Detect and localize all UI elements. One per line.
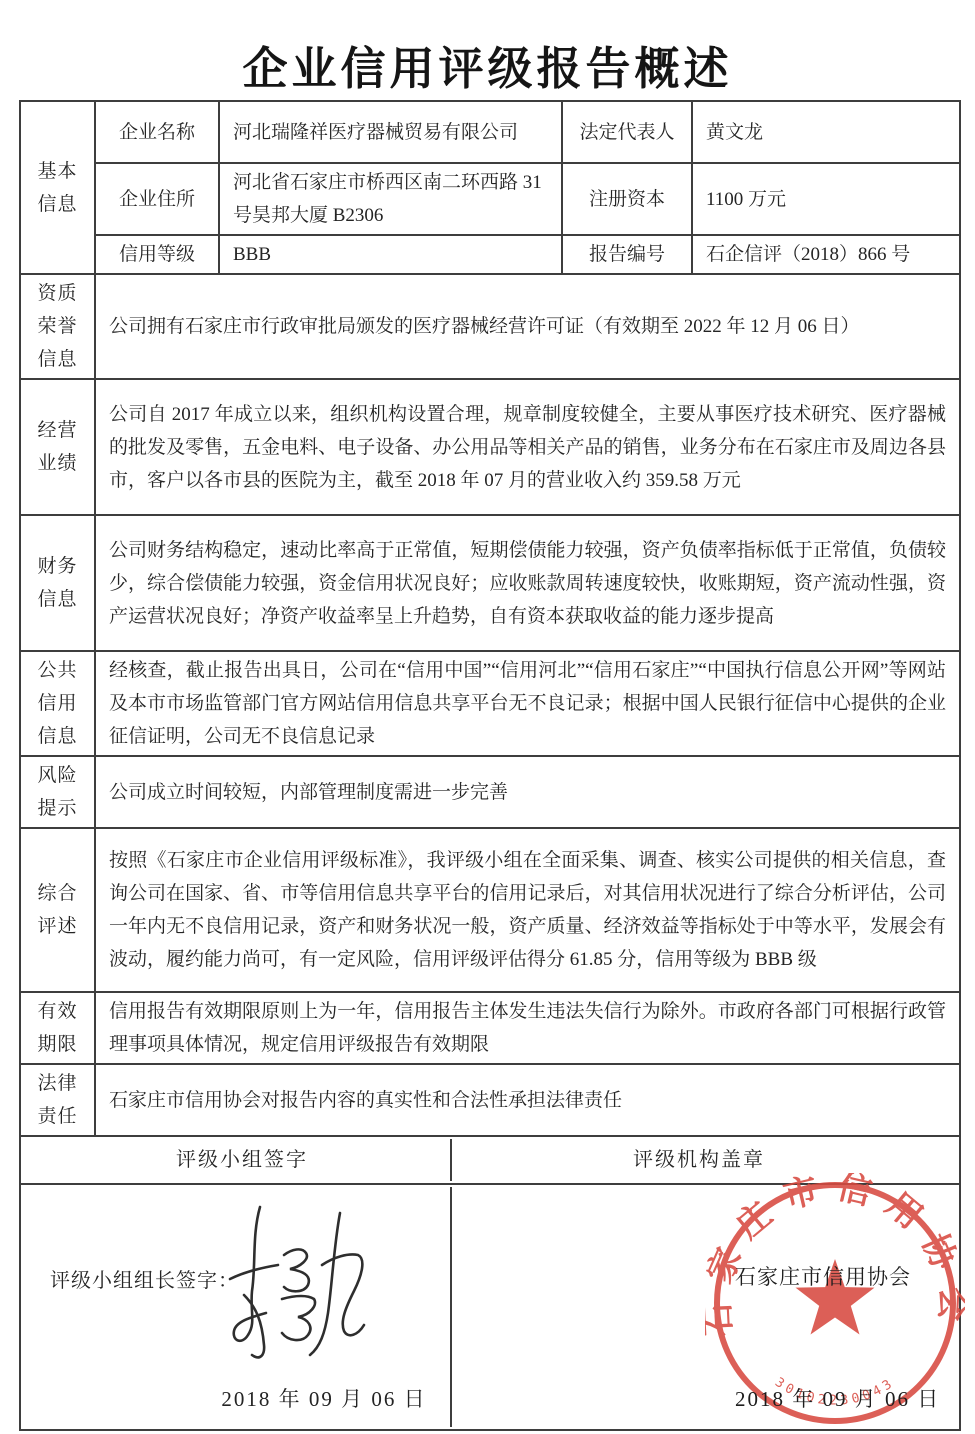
section-content-finance: 公司财务结构稳定，速动比率高于正常值，短期偿债能力较强，资产负债率指标低于正常值…	[95, 515, 960, 651]
table-row: 企业住所 河北省石家庄市桥西区南二环西路 31 号昊邦大厦 B2306 注册资本…	[20, 163, 960, 235]
field-value-address: 河北省石家庄市桥西区南二环西路 31 号昊邦大厦 B2306	[219, 163, 562, 235]
sign-cell-right: 石家庄市信用协会 1301022300430 石家庄市信用协会 2018 年 0…	[452, 1187, 946, 1427]
section-label-finance: 财务信息	[20, 515, 95, 651]
issuing-org-name: 石家庄市信用协会	[735, 1261, 911, 1294]
field-value-credit-grade: BBB	[219, 235, 562, 274]
table-row: 法律责任 石家庄市信用协会对报告内容的真实性和合法性承担法律责任	[20, 1064, 960, 1136]
field-value-registered-capital: 1100 万元	[692, 163, 960, 235]
field-value-company-name: 河北瑞隆祥医疗器械贸易有限公司	[219, 101, 562, 163]
table-row: 基本信息 企业名称 河北瑞隆祥医疗器械贸易有限公司 法定代表人 黄文龙	[20, 101, 960, 163]
field-label-address: 企业住所	[95, 163, 219, 235]
field-label-credit-grade: 信用等级	[95, 235, 219, 274]
section-content-validity: 信用报告有效期限原则上为一年，信用报告主体发生违法失信行为除外。市政府各部门可根…	[95, 992, 960, 1064]
section-content-qualification: 公司拥有石家庄市行政审批局颁发的医疗器械经营许可证（有效期至 2022 年 12…	[95, 274, 960, 379]
table-row: 信用等级 BBB 报告编号 石企信评（2018）866 号	[20, 235, 960, 274]
sign-header-left: 评级小组签字	[34, 1139, 452, 1181]
field-label-company-name: 企业名称	[95, 101, 219, 163]
table-row: 评级小组组长签字： 2018 年 09 月 06 日	[20, 1184, 960, 1430]
field-value-report-number: 石企信评（2018）866 号	[692, 235, 960, 274]
section-label-basic-info: 基本信息	[20, 101, 95, 274]
credit-rating-table: 基本信息 企业名称 河北瑞隆祥医疗器械贸易有限公司 法定代表人 黄文龙 企业住所…	[19, 100, 961, 1431]
table-row: 财务信息 公司财务结构稳定，速动比率高于正常值，短期偿债能力较强，资产负债率指标…	[20, 515, 960, 651]
section-content-overall: 按照《石家庄市企业信用评级标准》，我评级小组在全面采集、调查、核实公司提供的相关…	[95, 828, 960, 992]
section-label-qualification: 资质荣誉信息	[20, 274, 95, 379]
leader-signature-label: 评级小组组长签字：	[50, 1265, 239, 1298]
field-label-registered-capital: 注册资本	[562, 163, 692, 235]
section-label-performance: 经营业绩	[20, 379, 95, 515]
section-label-validity: 有效期限	[20, 992, 95, 1064]
section-content-performance: 公司自 2017 年成立以来，组织机构设置合理，规章制度较健全，主要从事医疗技术…	[95, 379, 960, 515]
section-content-legal: 石家庄市信用协会对报告内容的真实性和合法性承担法律责任	[95, 1064, 960, 1136]
table-row: 经营业绩 公司自 2017 年成立以来，组织机构设置合理，规章制度较健全，主要从…	[20, 379, 960, 515]
right-sign-date: 2018 年 09 月 06 日	[735, 1383, 940, 1416]
table-row: 资质荣誉信息 公司拥有石家庄市行政审批局颁发的医疗器械经营许可证（有效期至 20…	[20, 274, 960, 379]
page-title: 企业信用评级报告概述	[0, 32, 975, 97]
sign-cell-left: 评级小组组长签字： 2018 年 09 月 06 日	[34, 1187, 452, 1427]
section-content-public-credit: 经核查，截止报告出具日，公司在“信用中国”“信用河北”“信用石家庄”“中国执行信…	[95, 651, 960, 756]
field-label-legal-rep: 法定代表人	[562, 101, 692, 163]
table-row: 风险提示 公司成立时间较短，内部管理制度需进一步完善	[20, 756, 960, 828]
table-row: 有效期限 信用报告有效期限原则上为一年，信用报告主体发生违法失信行为除外。市政府…	[20, 992, 960, 1064]
left-sign-date: 2018 年 09 月 06 日	[204, 1383, 444, 1416]
section-label-risk: 风险提示	[20, 756, 95, 828]
field-value-legal-rep: 黄文龙	[692, 101, 960, 163]
table-row: 公共信用信息 经核查，截止报告出具日，公司在“信用中国”“信用河北”“信用石家庄…	[20, 651, 960, 756]
section-content-risk: 公司成立时间较短，内部管理制度需进一步完善	[95, 756, 960, 828]
section-label-public-credit: 公共信用信息	[20, 651, 95, 756]
section-label-legal: 法律责任	[20, 1064, 95, 1136]
section-label-overall: 综合评述	[20, 828, 95, 992]
handwritten-signature	[222, 1195, 382, 1380]
table-row: 综合评述 按照《石家庄市企业信用评级标准》，我评级小组在全面采集、调查、核实公司…	[20, 828, 960, 992]
field-label-report-number: 报告编号	[562, 235, 692, 274]
